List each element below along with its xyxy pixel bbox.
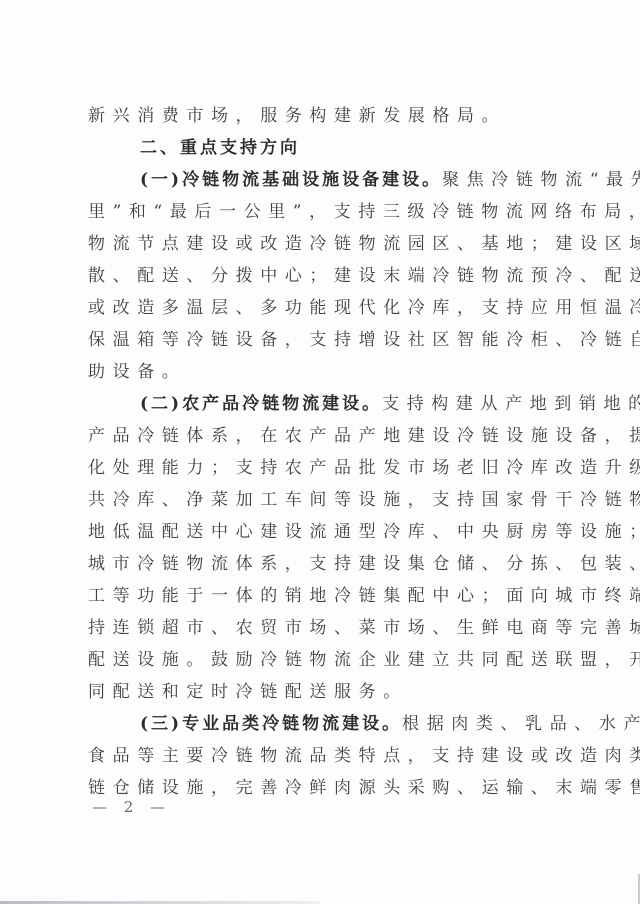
- paragraph-line: 里”和“最后一公里”，支持三级冷链物流网络布局，在重要枢纽和: [88, 196, 560, 228]
- heading-text: 二、重点支持方向: [140, 138, 300, 158]
- paragraph-line: 助设备。: [88, 356, 560, 388]
- line-text: 助设备。: [88, 362, 186, 382]
- line-text: 城市冷链物流体系，支持建设集仓储、分拣、包装、配送、半成品加: [88, 554, 640, 574]
- page-number: — 2 —: [92, 798, 171, 816]
- subsection-title: (二)农产品冷链物流建设。: [140, 394, 382, 414]
- paragraph-line: 物流节点建设或改造冷链物流园区、基地；建设区域性冷链物流集: [88, 228, 560, 260]
- paragraph-line: 同配送和定时冷链配送服务。: [88, 676, 560, 708]
- section-heading: 二、重点支持方向: [88, 132, 560, 164]
- line-text: 地低温配送中心建设流通型冷库、中央厨房等设施；围绕完善销地: [88, 522, 640, 542]
- line-text: 新兴消费市场，服务构建新发展格局。: [88, 106, 506, 126]
- line-text: 物流节点建设或改造冷链物流园区、基地；建设区域性冷链物流集: [88, 234, 640, 254]
- line-text: 聚焦冷链物流“最先一公: [442, 170, 640, 190]
- document-body: 新兴消费市场，服务构建新发展格局。 二、重点支持方向 (一)冷链物流基础设施设备…: [88, 100, 560, 804]
- paragraph-line: 共冷库、净菜加工车间等设施，支持国家骨干冷链物流基地和集散: [88, 484, 560, 516]
- subsection-2-first-line: (二)农产品冷链物流建设。支持构建从产地到销地的全程农: [88, 388, 560, 420]
- line-text: 化处理能力；支持农产品批发市场老旧冷库改造升级，鼓励建设公: [88, 458, 640, 478]
- paragraph-line: 或改造多温层、多功能现代化冷库，支持应用恒温冷藏车、冷藏箱、: [88, 292, 560, 324]
- paragraph-line: 持连锁超市、农贸市场、菜市场、生鲜电商等完善城市冷链物流和: [88, 612, 560, 644]
- paragraph-line: 保温箱等冷链设备，支持增设社区智能冷柜、冷链自动售卖机等自: [88, 324, 560, 356]
- paragraph-line: 新兴消费市场，服务构建新发展格局。: [88, 100, 560, 132]
- paragraph-line: 配送设施。鼓励冷链物流企业建立共同配送联盟，开展多温区共: [88, 644, 560, 676]
- line-text: 支持构建从产地到销地的全程农: [382, 394, 640, 414]
- document-page: 新兴消费市场，服务构建新发展格局。 二、重点支持方向 (一)冷链物流基础设施设备…: [0, 0, 640, 904]
- paragraph-line: 地低温配送中心建设流通型冷库、中央厨房等设施；围绕完善销地: [88, 516, 560, 548]
- paragraph-line: 工等功能于一体的销地冷链集配中心；面向城市终端消费需求，支: [88, 580, 560, 612]
- line-text: 持连锁超市、农贸市场、菜市场、生鲜电商等完善城市冷链物流和: [88, 618, 640, 638]
- subsection-1-first-line: (一)冷链物流基础设施设备建设。聚焦冷链物流“最先一公: [88, 164, 560, 196]
- line-text: 保温箱等冷链设备，支持增设社区智能冷柜、冷链自动售卖机等自: [88, 330, 640, 350]
- line-text: 根据肉类、乳品、水产品、速冻: [402, 714, 640, 734]
- subsection-title: (三)专业品类冷链物流建设。: [140, 714, 402, 734]
- paragraph-line: 产品冷链体系，在农产品产地建设冷链设施设备，提升农产品商品: [88, 420, 560, 452]
- subsection-3-first-line: (三)专业品类冷链物流建设。根据肉类、乳品、水产品、速冻: [88, 708, 560, 740]
- paragraph-line: 散、配送、分拨中心；建设末端冷链物流预冷、配送网点。支持建设: [88, 260, 560, 292]
- line-text: 配送设施。鼓励冷链物流企业建立共同配送联盟，开展多温区共: [88, 650, 640, 670]
- line-text: 或改造多温层、多功能现代化冷库，支持应用恒温冷藏车、冷藏箱、: [88, 298, 640, 318]
- subsection-title: (一)冷链物流基础设施设备建设。: [140, 170, 442, 190]
- line-text: 链仓储设施，完善冷鲜肉源头采购、运输、末端零售、监控追溯等全: [88, 778, 640, 798]
- line-text: 同配送和定时冷链配送服务。: [88, 682, 408, 702]
- paragraph-line: 城市冷链物流体系，支持建设集仓储、分拣、包装、配送、半成品加: [88, 548, 560, 580]
- line-text: 工等功能于一体的销地冷链集配中心；面向城市终端消费需求，支: [88, 586, 640, 606]
- line-text: 食品等主要冷链物流品类特点，支持建设或改造肉类低温加工、冷: [88, 746, 640, 766]
- paragraph-line: 化处理能力；支持农产品批发市场老旧冷库改造升级，鼓励建设公: [88, 452, 560, 484]
- line-text: 产品冷链体系，在农产品产地建设冷链设施设备，提升农产品商品: [88, 426, 640, 446]
- line-text: 里”和“最后一公里”，支持三级冷链物流网络布局，在重要枢纽和: [88, 202, 640, 222]
- line-text: 共冷库、净菜加工车间等设施，支持国家骨干冷链物流基地和集散: [88, 490, 640, 510]
- line-text: 散、配送、分拨中心；建设末端冷链物流预冷、配送网点。支持建设: [88, 266, 640, 286]
- paragraph-line: 食品等主要冷链物流品类特点，支持建设或改造肉类低温加工、冷: [88, 740, 560, 772]
